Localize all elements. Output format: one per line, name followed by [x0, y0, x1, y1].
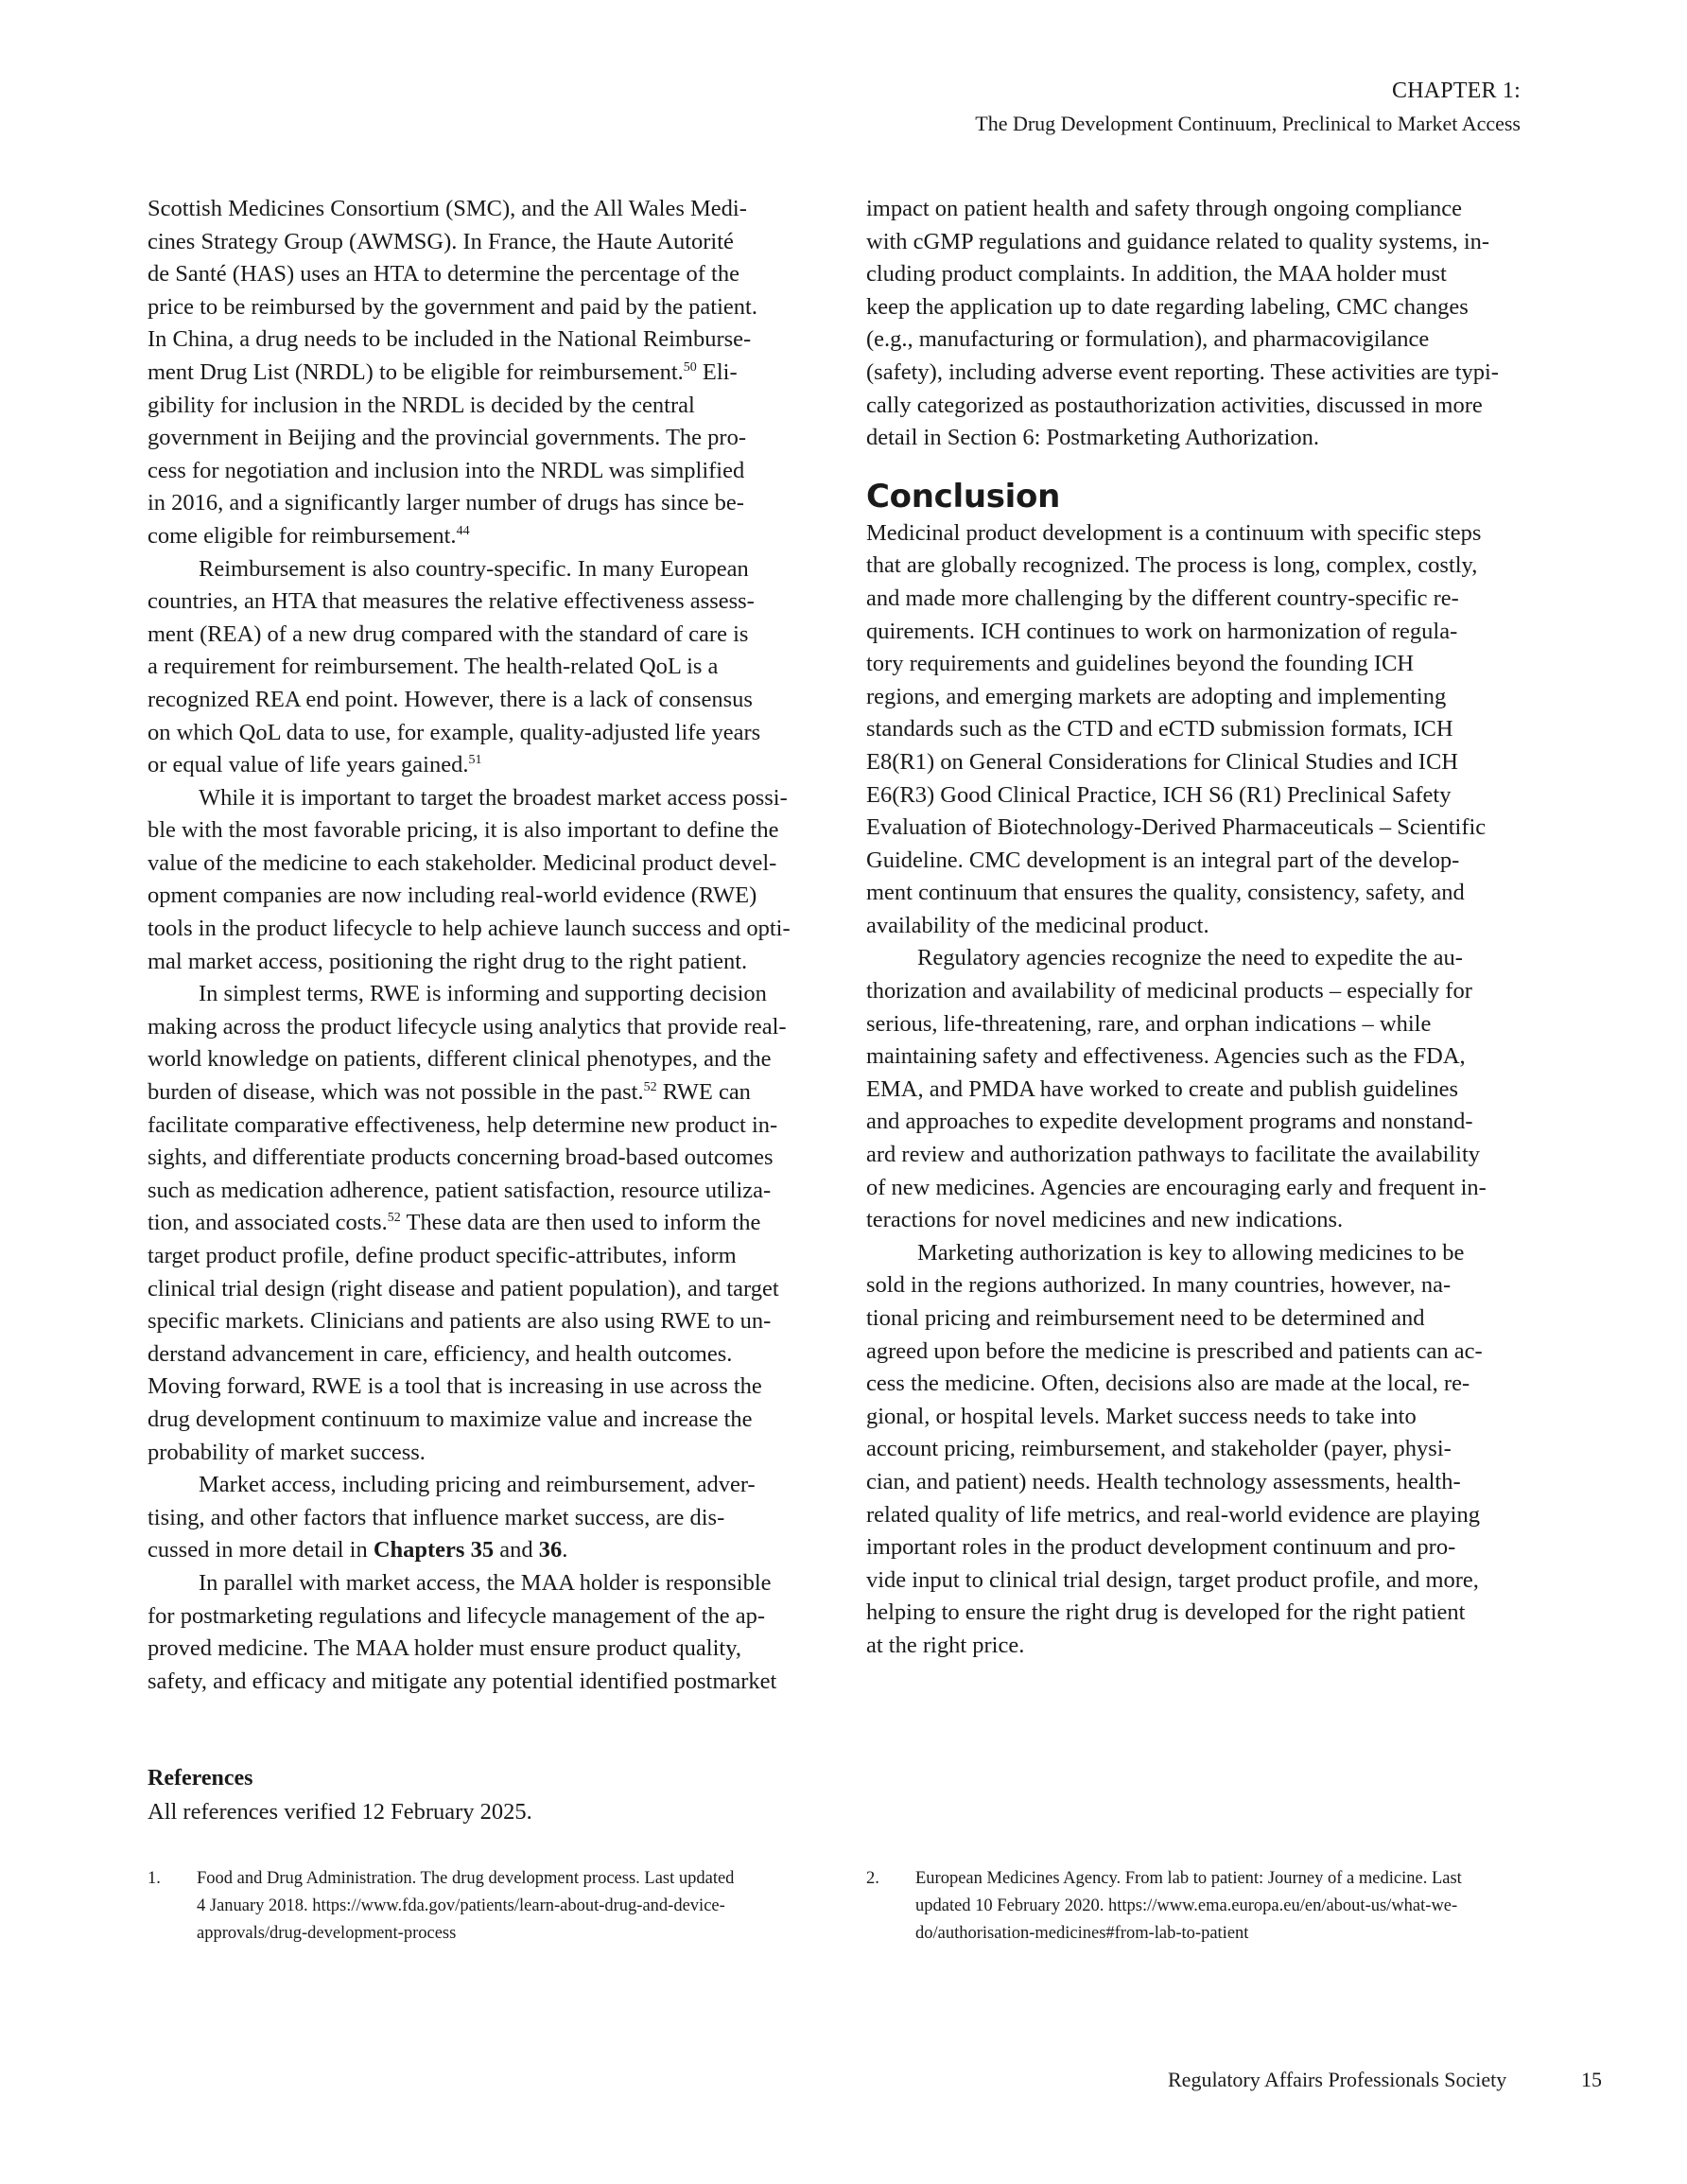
text-run: These data are then used to inform the: [401, 1210, 761, 1235]
body-text-line: or equal value of life years gained.51: [148, 749, 809, 782]
body-text-line: recognized REA end point. However, there…: [148, 684, 809, 717]
body-text-line: at the right price.: [866, 1630, 1528, 1663]
body-text-line: value of the medicine to each stakeholde…: [148, 847, 809, 881]
text-run: (safety), including adverse event report…: [866, 359, 1499, 385]
text-run: ment Drug List (NRDL) to be eligible for…: [148, 359, 684, 385]
text-run: RWE can: [657, 1079, 751, 1105]
text-run: tools in the product lifecycle to help a…: [148, 916, 791, 941]
chapter-label: CHAPTER 1:: [975, 74, 1521, 108]
body-text-line: such as medication adherence, patient sa…: [148, 1175, 809, 1208]
text-run: (e.g., manufacturing or formulation), an…: [866, 326, 1429, 352]
text-run: price to be reimbursed by the government…: [148, 294, 757, 320]
reference-text-line: European Medicines Agency. From lab to p…: [915, 1865, 1528, 1893]
text-run: at the right price.: [866, 1633, 1024, 1658]
citation-superscript: 50: [684, 360, 697, 375]
text-run: sold in the regions authorized. In many …: [866, 1272, 1451, 1298]
text-run: tion, and associated costs.: [148, 1210, 388, 1235]
body-text-line: In China, a drug needs to be included in…: [148, 323, 809, 357]
text-run: drug development continuum to maximize v…: [148, 1406, 753, 1432]
right-column-intro: impact on patient health and safety thro…: [866, 193, 1528, 455]
text-run: Moving forward, RWE is a tool that is in…: [148, 1373, 762, 1399]
text-run: world knowledge on patients, different c…: [148, 1046, 772, 1072]
body-text-line: ble with the most favorable pricing, it …: [148, 814, 809, 847]
body-text-line: cian, and patient) needs. Health technol…: [866, 1466, 1528, 1499]
text-run: vide input to clinical trial design, tar…: [866, 1567, 1479, 1593]
body-text-line: specific markets. Clinicians and patient…: [148, 1305, 809, 1338]
text-run: Market access, including pricing and rei…: [199, 1472, 756, 1497]
text-run: come eligible for reimbursement.: [148, 523, 457, 549]
text-run: tising, and other factors that influence…: [148, 1505, 724, 1530]
text-run: burden of disease, which was not possibl…: [148, 1079, 644, 1105]
text-run: .: [562, 1537, 567, 1563]
body-text-line: ment continuum that ensures the quality,…: [866, 877, 1528, 910]
body-text-line: important roles in the product developme…: [866, 1531, 1528, 1564]
body-text-line: Reimbursement is also country-specific. …: [148, 553, 809, 586]
text-run: Evaluation of Biotechnology-Derived Phar…: [866, 814, 1486, 840]
citation-superscript: 52: [644, 1080, 657, 1094]
body-text-line: helping to ensure the right drug is deve…: [866, 1597, 1528, 1630]
text-run: sights, and differentiate products conce…: [148, 1144, 774, 1170]
body-text-line: opment companies are now including real-…: [148, 880, 809, 913]
body-text-line: Market access, including pricing and rei…: [148, 1469, 809, 1502]
text-run: important roles in the product developme…: [866, 1534, 1455, 1560]
text-run: ble with the most favorable pricing, it …: [148, 817, 778, 843]
body-text-line: standards such as the CTD and eCTD submi…: [866, 713, 1528, 746]
text-run: Scottish Medicines Consortium (SMC), and…: [148, 196, 747, 221]
text-run: detail in Section 6: Postmarketing Autho…: [866, 425, 1319, 450]
body-text-line: cess the medicine. Often, decisions also…: [866, 1368, 1528, 1401]
text-run: and approaches to expedite development p…: [866, 1109, 1473, 1134]
body-text-line: agreed upon before the medicine is presc…: [866, 1336, 1528, 1369]
body-text-line: vide input to clinical trial design, tar…: [866, 1564, 1528, 1598]
text-run: regions, and emerging markets are adopti…: [866, 684, 1446, 709]
text-run: ard review and authorization pathways to…: [866, 1142, 1480, 1167]
reference-text-line: 4 January 2018. https://www.fda.gov/pati…: [197, 1893, 809, 1920]
reference-item-2: 2. European Medicines Agency. From lab t…: [866, 1865, 1528, 1948]
text-run: mal market access, positioning the right…: [148, 949, 747, 974]
text-run: of new medicines. Agencies are encouragi…: [866, 1175, 1487, 1200]
text-run: Eli-: [697, 359, 738, 385]
body-text-line: Medicinal product development is a conti…: [866, 517, 1528, 550]
body-text-line: burden of disease, which was not possibl…: [148, 1076, 809, 1109]
body-text-line: cluding product complaints. In addition,…: [866, 258, 1528, 291]
body-text-line: sights, and differentiate products conce…: [148, 1142, 809, 1175]
body-text-line: for postmarketing regulations and lifecy…: [148, 1600, 809, 1634]
text-run: cian, and patient) needs. Health technol…: [866, 1469, 1461, 1494]
text-run: In parallel with market access, the MAA …: [199, 1570, 772, 1596]
body-text-line: and approaches to expedite development p…: [866, 1106, 1528, 1139]
body-text-line: maintaining safety and effectiveness. Ag…: [866, 1040, 1528, 1074]
right-column: impact on patient health and safety thro…: [866, 193, 1528, 1663]
body-text-line: quirements. ICH continues to work on har…: [866, 616, 1528, 649]
citation-superscript: 52: [388, 1211, 401, 1225]
text-run: availability of the medicinal product.: [866, 913, 1209, 938]
text-run: ment continuum that ensures the quality,…: [866, 880, 1465, 905]
body-text-line: tools in the product lifecycle to help a…: [148, 913, 809, 946]
text-run: gional, or hospital levels. Market succe…: [866, 1404, 1417, 1429]
text-run: related quality of life metrics, and rea…: [866, 1502, 1480, 1528]
text-run: gibility for inclusion in the NRDL is de…: [148, 393, 695, 418]
section-heading-conclusion: Conclusion: [866, 476, 1528, 517]
text-run: making across the product lifecycle usin…: [148, 1014, 787, 1040]
body-text-line: proved medicine. The MAA holder must ens…: [148, 1633, 809, 1666]
body-text-line: E8(R1) on General Considerations for Cli…: [866, 746, 1528, 779]
footer-publisher: Regulatory Affairs Professionals Society: [1168, 2064, 1506, 2096]
text-run: opment companies are now including real-…: [148, 882, 757, 908]
text-run: that are globally recognized. The proces…: [866, 552, 1477, 578]
page-number: 15: [1581, 2064, 1602, 2096]
body-text-line: detail in Section 6: Postmarketing Autho…: [866, 422, 1528, 455]
text-run: and made more challenging by the differe…: [866, 585, 1459, 611]
text-run: tional pricing and reimbursement need to…: [866, 1305, 1425, 1331]
body-text-line: that are globally recognized. The proces…: [866, 550, 1528, 583]
body-text-line: mal market access, positioning the right…: [148, 946, 809, 979]
body-text-line: safety, and efficacy and mitigate any po…: [148, 1666, 809, 1699]
text-run: In China, a drug needs to be included in…: [148, 326, 751, 352]
body-text-line: gional, or hospital levels. Market succe…: [866, 1401, 1528, 1434]
body-text-line: tory requirements and guidelines beyond …: [866, 648, 1528, 681]
text-run: maintaining safety and effectiveness. Ag…: [866, 1043, 1466, 1069]
text-run: In simplest terms, RWE is informing and …: [199, 981, 767, 1006]
text-run: Reimbursement is also country-specific. …: [199, 556, 749, 582]
text-run: While it is important to target the broa…: [199, 785, 788, 811]
text-run: de Santé (HAS) uses an HTA to determine …: [148, 261, 739, 287]
text-run: cines Strategy Group (AWMSG). In France,…: [148, 229, 734, 254]
body-text-line: target product profile, define product s…: [148, 1240, 809, 1273]
body-text-line: clinical trial design (right disease and…: [148, 1273, 809, 1306]
text-run: standards such as the CTD and eCTD submi…: [866, 716, 1453, 742]
body-text-line: drug development continuum to maximize v…: [148, 1404, 809, 1437]
body-text-line: tion, and associated costs.52 These data…: [148, 1207, 809, 1240]
body-text-line: ment (REA) of a new drug compared with t…: [148, 619, 809, 652]
text-run: helping to ensure the right drug is deve…: [866, 1599, 1465, 1625]
body-text-line: world knowledge on patients, different c…: [148, 1043, 809, 1076]
body-text-line: Scottish Medicines Consortium (SMC), and…: [148, 193, 809, 226]
reference-text-line: updated 10 February 2020. https://www.em…: [915, 1893, 1528, 1920]
text-run: a requirement for reimbursement. The hea…: [148, 654, 718, 679]
references-verified-note: All references verified 12 February 2025…: [148, 1795, 532, 1829]
chapter-cross-reference: Chapters 35: [374, 1537, 494, 1563]
body-text-line: a requirement for reimbursement. The hea…: [148, 651, 809, 684]
body-text-line: government in Beijing and the provincial…: [148, 422, 809, 455]
citation-superscript: 44: [457, 524, 470, 538]
text-run: derstand advancement in care, efficiency…: [148, 1341, 732, 1367]
body-text-line: making across the product lifecycle usin…: [148, 1011, 809, 1044]
text-run: account pricing, reimbursement, and stak…: [866, 1436, 1452, 1461]
body-text-line: facilitate comparative effectiveness, he…: [148, 1109, 809, 1143]
text-run: EMA, and PMDA have worked to create and …: [866, 1076, 1458, 1102]
text-run: countries, an HTA that measures the rela…: [148, 588, 755, 614]
body-text-line: While it is important to target the broa…: [148, 782, 809, 815]
body-text-line: derstand advancement in care, efficiency…: [148, 1338, 809, 1372]
reference-text-line: Food and Drug Administration. The drug d…: [197, 1865, 809, 1893]
text-run: value of the medicine to each stakeholde…: [148, 850, 776, 876]
body-text-line: Moving forward, RWE is a tool that is in…: [148, 1371, 809, 1404]
body-text-line: in 2016, and a significantly larger numb…: [148, 487, 809, 520]
text-run: proved medicine. The MAA holder must ens…: [148, 1635, 741, 1661]
body-text-line: cines Strategy Group (AWMSG). In France,…: [148, 226, 809, 259]
reference-text-line: do/authorisation-medicines#from-lab-to-p…: [915, 1920, 1528, 1948]
text-run: government in Beijing and the provincial…: [148, 425, 746, 450]
text-run: teractions for novel medicines and new i…: [866, 1207, 1343, 1232]
body-text-line: E6(R3) Good Clinical Practice, ICH S6 (R…: [866, 779, 1528, 812]
body-text-line: probability of market success.: [148, 1437, 809, 1470]
text-run: probability of market success.: [148, 1440, 426, 1465]
text-run: or equal value of life years gained.: [148, 752, 468, 778]
body-text-line: countries, an HTA that measures the rela…: [148, 585, 809, 619]
text-run: serious, life-threatening, rare, and orp…: [866, 1011, 1431, 1037]
body-text-line: price to be reimbursed by the government…: [148, 291, 809, 324]
reference-number: 1.: [148, 1865, 161, 1893]
body-text-line: cussed in more detail in Chapters 35 and…: [148, 1534, 809, 1567]
body-text-line: account pricing, reimbursement, and stak…: [866, 1433, 1528, 1466]
text-run: cussed in more detail in: [148, 1537, 374, 1563]
body-text-line: sold in the regions authorized. In many …: [866, 1269, 1528, 1302]
text-run: specific markets. Clinicians and patient…: [148, 1308, 771, 1334]
body-text-line: cess for negotiation and inclusion into …: [148, 455, 809, 488]
body-text-line: cally categorized as postauthorization a…: [866, 390, 1528, 423]
text-run: impact on patient health and safety thro…: [866, 196, 1462, 221]
text-run: and: [494, 1537, 539, 1563]
body-text-line: EMA, and PMDA have worked to create and …: [866, 1074, 1528, 1107]
text-run: facilitate comparative effectiveness, he…: [148, 1112, 777, 1138]
text-run: clinical trial design (right disease and…: [148, 1276, 779, 1302]
text-run: cluding product complaints. In addition,…: [866, 261, 1447, 287]
body-text-line: serious, life-threatening, rare, and orp…: [866, 1008, 1528, 1041]
text-run: Regulatory agencies recognize the need t…: [917, 945, 1463, 970]
running-header: CHAPTER 1: The Drug Development Continuu…: [975, 74, 1521, 140]
body-text-line: de Santé (HAS) uses an HTA to determine …: [148, 258, 809, 291]
text-run: for postmarketing regulations and lifecy…: [148, 1603, 765, 1629]
body-text-line: with cGMP regulations and guidance relat…: [866, 226, 1528, 259]
body-text-line: tional pricing and reimbursement need to…: [866, 1302, 1528, 1336]
body-text-line: come eligible for reimbursement.44: [148, 520, 809, 553]
text-run: Marketing authorization is key to allowi…: [917, 1240, 1464, 1266]
text-run: Medicinal product development is a conti…: [866, 520, 1481, 546]
left-column: Scottish Medicines Consortium (SMC), and…: [148, 193, 809, 1698]
chapter-title: The Drug Development Continuum, Preclini…: [975, 108, 1521, 140]
body-text-line: thorization and availability of medicina…: [866, 975, 1528, 1008]
body-text-line: ment Drug List (NRDL) to be eligible for…: [148, 357, 809, 390]
body-text-line: on which QoL data to use, for example, q…: [148, 717, 809, 750]
body-text-line: regions, and emerging markets are adopti…: [866, 681, 1528, 714]
reference-number: 2.: [866, 1865, 879, 1893]
references-section: References All references verified 12 Fe…: [148, 1761, 532, 1829]
references-title: References: [148, 1761, 532, 1795]
body-text-line: teractions for novel medicines and new i…: [866, 1204, 1528, 1237]
text-run: E8(R1) on General Considerations for Cli…: [866, 749, 1458, 775]
text-run: ment (REA) of a new drug compared with t…: [148, 621, 748, 647]
body-text-line: (e.g., manufacturing or formulation), an…: [866, 323, 1528, 357]
reference-item-1: 1. Food and Drug Administration. The dru…: [148, 1865, 809, 1948]
body-text-line: related quality of life metrics, and rea…: [866, 1499, 1528, 1532]
text-run: recognized REA end point. However, there…: [148, 687, 753, 712]
text-run: target product profile, define product s…: [148, 1243, 737, 1268]
body-text-line: availability of the medicinal product.: [866, 910, 1528, 943]
body-text-line: and made more challenging by the differe…: [866, 583, 1528, 616]
text-run: cess for negotiation and inclusion into …: [148, 458, 744, 483]
body-text-line: keep the application up to date regardin…: [866, 291, 1528, 324]
body-text-line: ard review and authorization pathways to…: [866, 1139, 1528, 1172]
text-run: quirements. ICH continues to work on har…: [866, 619, 1457, 644]
body-text-line: impact on patient health and safety thro…: [866, 193, 1528, 226]
body-text-line: In simplest terms, RWE is informing and …: [148, 978, 809, 1011]
citation-superscript: 51: [468, 753, 481, 767]
body-text-line: of new medicines. Agencies are encouragi…: [866, 1172, 1528, 1205]
conclusion-body: Medicinal product development is a conti…: [866, 517, 1528, 1663]
text-run: safety, and efficacy and mitigate any po…: [148, 1669, 776, 1694]
text-run: such as medication adherence, patient sa…: [148, 1178, 771, 1203]
body-text-line: Evaluation of Biotechnology-Derived Phar…: [866, 812, 1528, 845]
text-run: in 2016, and a significantly larger numb…: [148, 490, 744, 515]
body-text-line: Marketing authorization is key to allowi…: [866, 1237, 1528, 1270]
body-text-line: tising, and other factors that influence…: [148, 1502, 809, 1535]
text-run: keep the application up to date regardin…: [866, 294, 1469, 320]
text-run: thorization and availability of medicina…: [866, 978, 1472, 1004]
body-text-line: gibility for inclusion in the NRDL is de…: [148, 390, 809, 423]
text-run: cess the medicine. Often, decisions also…: [866, 1371, 1470, 1396]
reference-text-line: approvals/drug-development-process: [197, 1920, 809, 1948]
body-text-line: In parallel with market access, the MAA …: [148, 1567, 809, 1600]
text-run: with cGMP regulations and guidance relat…: [866, 229, 1489, 254]
text-run: Guideline. CMC development is an integra…: [866, 847, 1459, 873]
text-run: tory requirements and guidelines beyond …: [866, 651, 1414, 676]
text-run: agreed upon before the medicine is presc…: [866, 1338, 1483, 1364]
chapter-cross-reference: 36: [539, 1537, 563, 1563]
text-run: E6(R3) Good Clinical Practice, ICH S6 (R…: [866, 782, 1451, 808]
text-run: on which QoL data to use, for example, q…: [148, 720, 760, 745]
text-run: cally categorized as postauthorization a…: [866, 393, 1483, 418]
body-text-line: Guideline. CMC development is an integra…: [866, 845, 1528, 878]
body-text-line: Regulatory agencies recognize the need t…: [866, 942, 1528, 975]
body-text-line: (safety), including adverse event report…: [866, 357, 1528, 390]
